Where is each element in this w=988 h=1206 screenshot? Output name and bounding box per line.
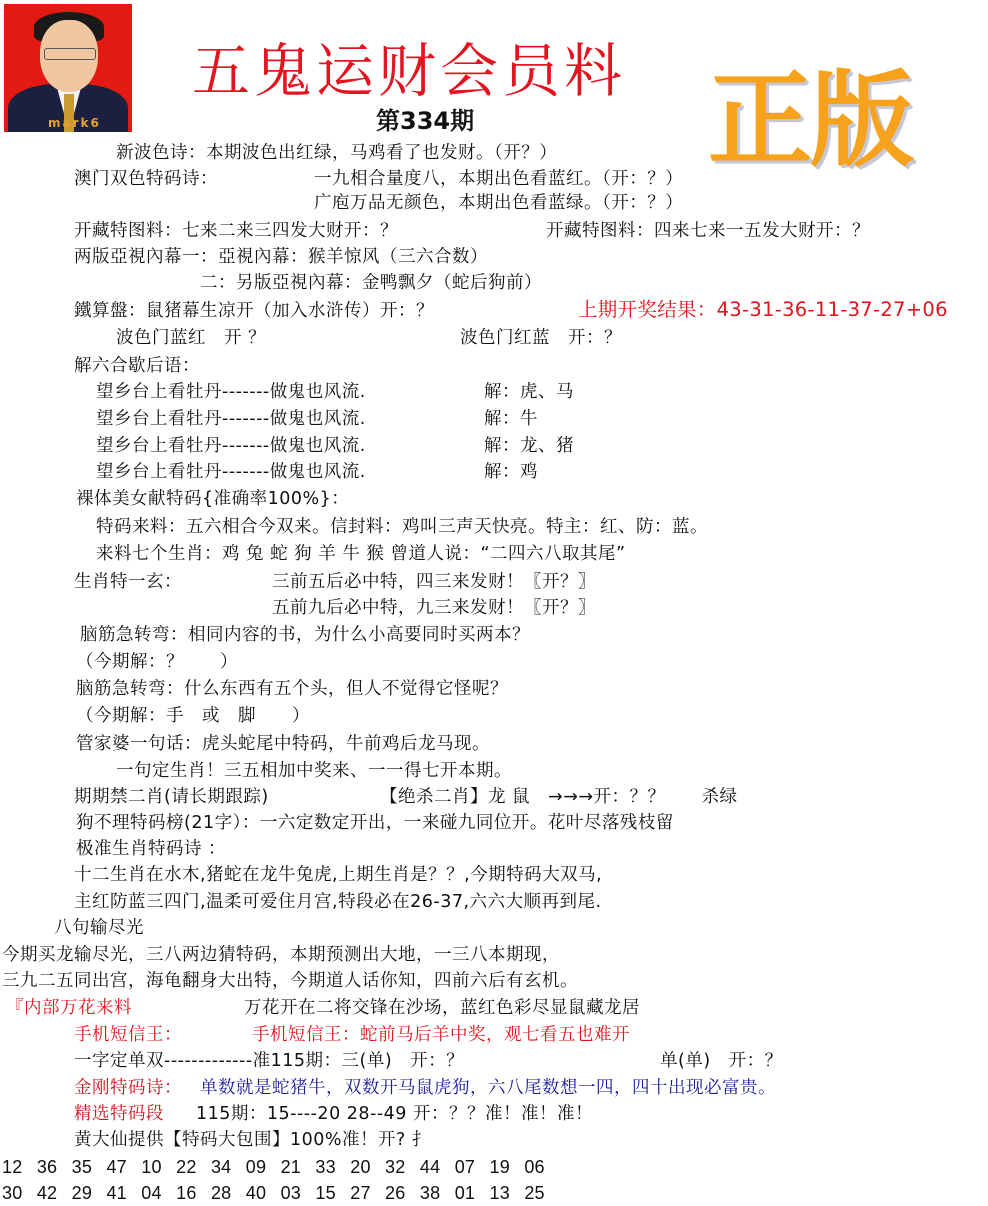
riddle-header: 解六合歇后语： — [74, 355, 200, 377]
macau-poem-1: 一九相合量度八，本期出色看蓝红。（开：？） — [314, 168, 683, 190]
housekeeper: 管家婆一句话：虎头蛇尾中特码，牛前鸡后龙马现。 — [76, 733, 490, 755]
special-source: 特码来料：五六相合今双来。信封料：鸡叫三声天快亮。特主：红、防：蓝。 — [96, 516, 708, 538]
select-label: 精选特码段 — [74, 1103, 164, 1125]
eight-lines-label: 八句输尽光 — [54, 917, 144, 939]
wave-gate-2: 波色门红蓝 开：？ — [460, 327, 622, 349]
wave-gate-1: 波色门蓝红 开 ？ — [116, 327, 266, 349]
zodiac-line-1: 三前五后必中特，四三来发财！〖开？〗 — [272, 571, 596, 593]
wave-poem: 新波色诗：本期波色出红绿，马鸡看了也发财。（开？） — [116, 142, 557, 164]
portrait-brand: mark6 — [48, 116, 101, 130]
portrait-glasses — [44, 48, 96, 60]
brain-teaser-1: 脑筋急转弯：相同内容的书，为什么小高要同时买两本？ — [80, 624, 530, 646]
riddle-answer: 解：龙、猪 — [484, 435, 574, 457]
brain-teaser-2: 脑筋急转弯：什么东西有五个头，但人不觉得它怪呢？ — [76, 678, 508, 700]
answer-2: （今期解：手 或 脚 ） — [76, 705, 310, 727]
forbidden-value: 【绝杀二肖】龙 鼠 →→→开：？？ 杀绿 — [380, 786, 738, 808]
forbidden-label: 期期禁二肖(请长期跟踪) — [74, 786, 269, 808]
riddle-answer: 解：鸡 — [484, 461, 538, 483]
riddle-line: 望乡台上看牡丹-------做鬼也风流. — [96, 408, 366, 430]
sms-label: 手机短信王： — [74, 1024, 182, 1046]
page-title: 五鬼运财会员料 — [192, 36, 626, 106]
number-row-1: 12 36 35 47 10 22 34 09 21 33 20 32 44 0… — [2, 1156, 545, 1178]
one-sentence: 一句定生肖！三五相加中奖来、一一得七开本期。 — [116, 760, 512, 782]
riddle-line: 望乡台上看牡丹-------做鬼也风流. — [96, 435, 366, 457]
portrait-image: mark6 — [4, 4, 132, 132]
macau-label: 澳门双色特码诗： — [74, 168, 218, 190]
last-draw-result: 上期开奖结果：43-31-36-11-37-27+06 — [578, 298, 948, 322]
zodiac-label: 生肖特一玄： — [74, 571, 182, 593]
seven-zodiacs: 来料七个生肖：鸡 兔 蛇 狗 羊 牛 猴 曾道人说：“二四六八取其尾” — [96, 543, 626, 565]
hidden-pic-1: 开藏特图料：七来二来三四发大财开：？ — [74, 220, 398, 242]
authentic-stamp: 正版 — [708, 60, 912, 180]
riddle-answer: 解：虎、马 — [484, 381, 574, 403]
diamond-label: 金刚特码诗： — [74, 1077, 182, 1099]
hidden-pic-2: 开藏特图料：四来七来一五发大财开：？ — [546, 220, 870, 242]
riddle-line: 望乡台上看牡丹-------做鬼也风流. — [96, 381, 366, 403]
sms-value: 手机短信王：蛇前马后羊中奖，观七看五也难开 — [252, 1024, 630, 1046]
dog-ignore: 狗不理特码榜(21字）：一六定数定开出，一来碰九同位开。花叶尽落残枝留 — [76, 812, 674, 834]
precise-poem-1: 十二生肖在水木,猪蛇在龙牛兔虎,上期生肖是？？,今期特码大双马, — [74, 864, 602, 886]
eight-lines-2: 三九二五同出宫，海龟翻身大出特，今期道人话你知，四前六后有玄机。 — [2, 970, 578, 992]
answer-1: （今期解：？ ） — [76, 651, 238, 673]
odd-even-2: 单(单) 开：？ — [660, 1050, 783, 1072]
precise-poem-2: 主红防蓝三四门,温柔可爱住月宫,特段必在26-37,六六大顺再到尾. — [74, 891, 602, 913]
nude-beauty: 裸体美女献特码{准确率100%}： — [76, 488, 349, 510]
eight-lines-1: 今期买龙输尽光，三八两边猜特码，本期预测出大地，一三八本期现， — [2, 944, 560, 966]
iron-abacus: 鐵算盤：鼠猪幕生凉开（加入水浒传）开：？ — [74, 300, 434, 322]
number-row-2: 30 42 29 41 04 16 28 40 03 15 27 26 38 0… — [2, 1182, 545, 1204]
wanhua-label: 『内部万花来料 — [6, 997, 132, 1019]
wanhua-value: 万花开在二将交锋在沙场，蓝红色彩尽显鼠藏龙居 — [244, 997, 640, 1019]
select-value: 115期：15----20 28--49 开：？？准！准！准！ — [196, 1103, 593, 1125]
precise-poem-label: 极准生肖特码诗 ： — [76, 838, 226, 860]
two-edition-1: 两版亞視內幕一：亞視內幕：猴羊惊风（三六合数） — [74, 246, 488, 268]
diamond-value: 单数就是蛇猪牛，双数开马鼠虎狗，六八尾数想一四，四十出现必富贵。 — [200, 1077, 776, 1099]
wong-tai-sin: 黄大仙提供【特码大包围】100%准！开? 扌 — [74, 1129, 430, 1151]
riddle-line: 望乡台上看牡丹-------做鬼也风流. — [96, 461, 366, 483]
two-edition-2: 二：另版亞視內幕：金鸭飘夕（蛇后狗前） — [200, 272, 542, 294]
riddle-answer: 解：牛 — [484, 408, 538, 430]
issue-number: 第334期 — [376, 106, 474, 136]
macau-poem-2: 广庖万品无颜色，本期出色看蓝绿。（开：？） — [314, 192, 683, 214]
zodiac-line-2: 五前九后必中特，九三来发财！〖开？〗 — [272, 597, 596, 619]
odd-even: 一字定单双-------------准115期：三(单) 开：？ — [74, 1050, 464, 1072]
